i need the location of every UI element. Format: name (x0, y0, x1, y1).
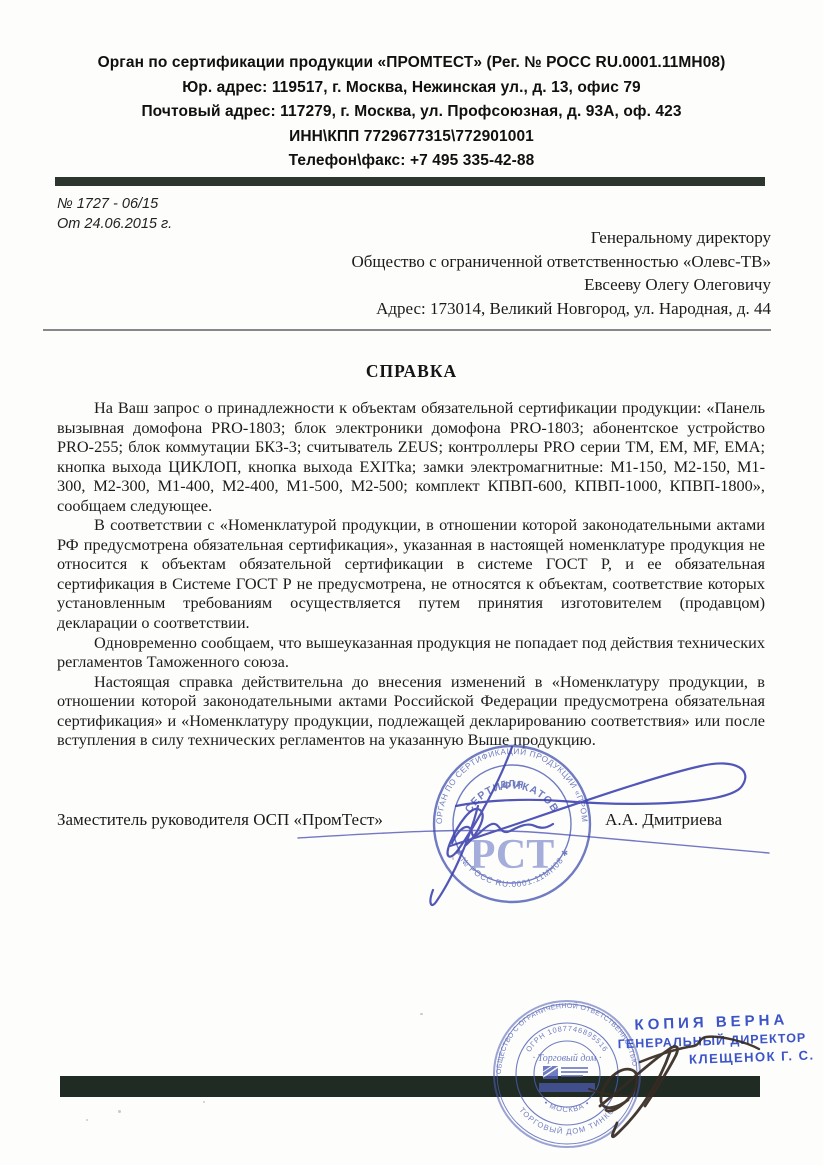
letterhead-postal-address: Почтовый адрес: 117279, г. Москва, ул. П… (0, 100, 823, 125)
svg-text:• МОСКВА •: • МОСКВА • (542, 1098, 591, 1114)
addressee-separator-line (43, 329, 771, 331)
rst-logo-mark: РСТ (470, 832, 555, 878)
letterhead-legal-address: Юр. адрес: 119517, г. Москва, Нежинская … (0, 76, 823, 101)
letterhead-phone-fax: Телефон\факс: +7 495 335-42-88 (0, 149, 823, 174)
letterhead: Орган по сертификации продукции «ПРОМТЕС… (0, 51, 823, 174)
copy-attestation-stamp: КОПИЯ ВЕРНА ГЕНЕРАЛЬНЫЙ ДИРЕКТОР КЛЕЩЕНО… (607, 1010, 817, 1069)
header-separator-bar (55, 177, 765, 186)
body-paragraph: На Ваш запрос о принадлежности к объекта… (57, 398, 765, 515)
reference-date: От 24.06.2015 г. (57, 214, 172, 234)
body-paragraph: Одновременно сообщаем, что вышеуказанная… (57, 633, 765, 672)
cert-stamp-inner-text-2: СЕРТИФИКАТОВ (463, 779, 562, 815)
addressee-block: Генеральному директору Общество с ограни… (352, 226, 772, 320)
signoff-name: А.А. Дмитриева (605, 810, 722, 830)
scan-speck (86, 1119, 88, 1121)
company-stamp-center-name: · Торговый дом · (533, 1053, 602, 1064)
addressee-line: Общество с ограниченной ответственностью… (352, 250, 772, 274)
signoff-row: Заместитель руководителя ОСП «ПромТест» … (57, 810, 766, 830)
letterhead-inn-kpp: ИНН\КПП 7729677315\772901001 (0, 125, 823, 150)
footer-bar (60, 1076, 760, 1097)
scan-speck (203, 1101, 205, 1103)
company-stamp-logo (539, 1066, 595, 1092)
scan-speck (420, 1013, 423, 1015)
document-body: На Ваш запрос о принадлежности к объекта… (57, 398, 765, 750)
reference-number: № 1727 - 06/15 (57, 194, 172, 214)
copy-stamp-line3: КЛЕЩЕНОК Г. С. (608, 1047, 816, 1069)
addressee-line: Евсееву Олегу Олеговичу (352, 273, 772, 297)
certification-round-stamp: ОРГАН ПО СЕРТИФИКАЦИИ ПРОДУКЦИИ «ПРОМТЕС… (428, 740, 596, 908)
signoff-position: Заместитель руководителя ОСП «ПромТест» (57, 810, 383, 830)
addressee-line: Адрес: 173014, Великий Новгород, ул. Нар… (352, 297, 772, 321)
addressee-line: Генеральному директору (352, 226, 772, 250)
reference-block: № 1727 - 06/15 От 24.06.2015 г. (57, 194, 172, 234)
svg-text:СЕРТИФИКАТОВ: СЕРТИФИКАТОВ (463, 779, 562, 815)
letterhead-org-line: Орган по сертификации продукции «ПРОМТЕС… (0, 51, 823, 76)
document-title: СПРАВКА (0, 361, 823, 382)
scanned-letter-page: Орган по сертификации продукции «ПРОМТЕС… (0, 0, 823, 1165)
company-stamp-city-text: • МОСКВА • (542, 1098, 591, 1114)
body-paragraph: В соответствии с «Номенклатурой продукци… (57, 515, 765, 632)
scan-speck (118, 1110, 121, 1113)
company-stamp-ogrn-text: ОГРН 1087746895516 (524, 1024, 610, 1054)
body-paragraph: Настоящая справка действительна до внесе… (57, 672, 765, 750)
svg-text:ОГРН 1087746895516: ОГРН 1087746895516 (524, 1024, 610, 1054)
